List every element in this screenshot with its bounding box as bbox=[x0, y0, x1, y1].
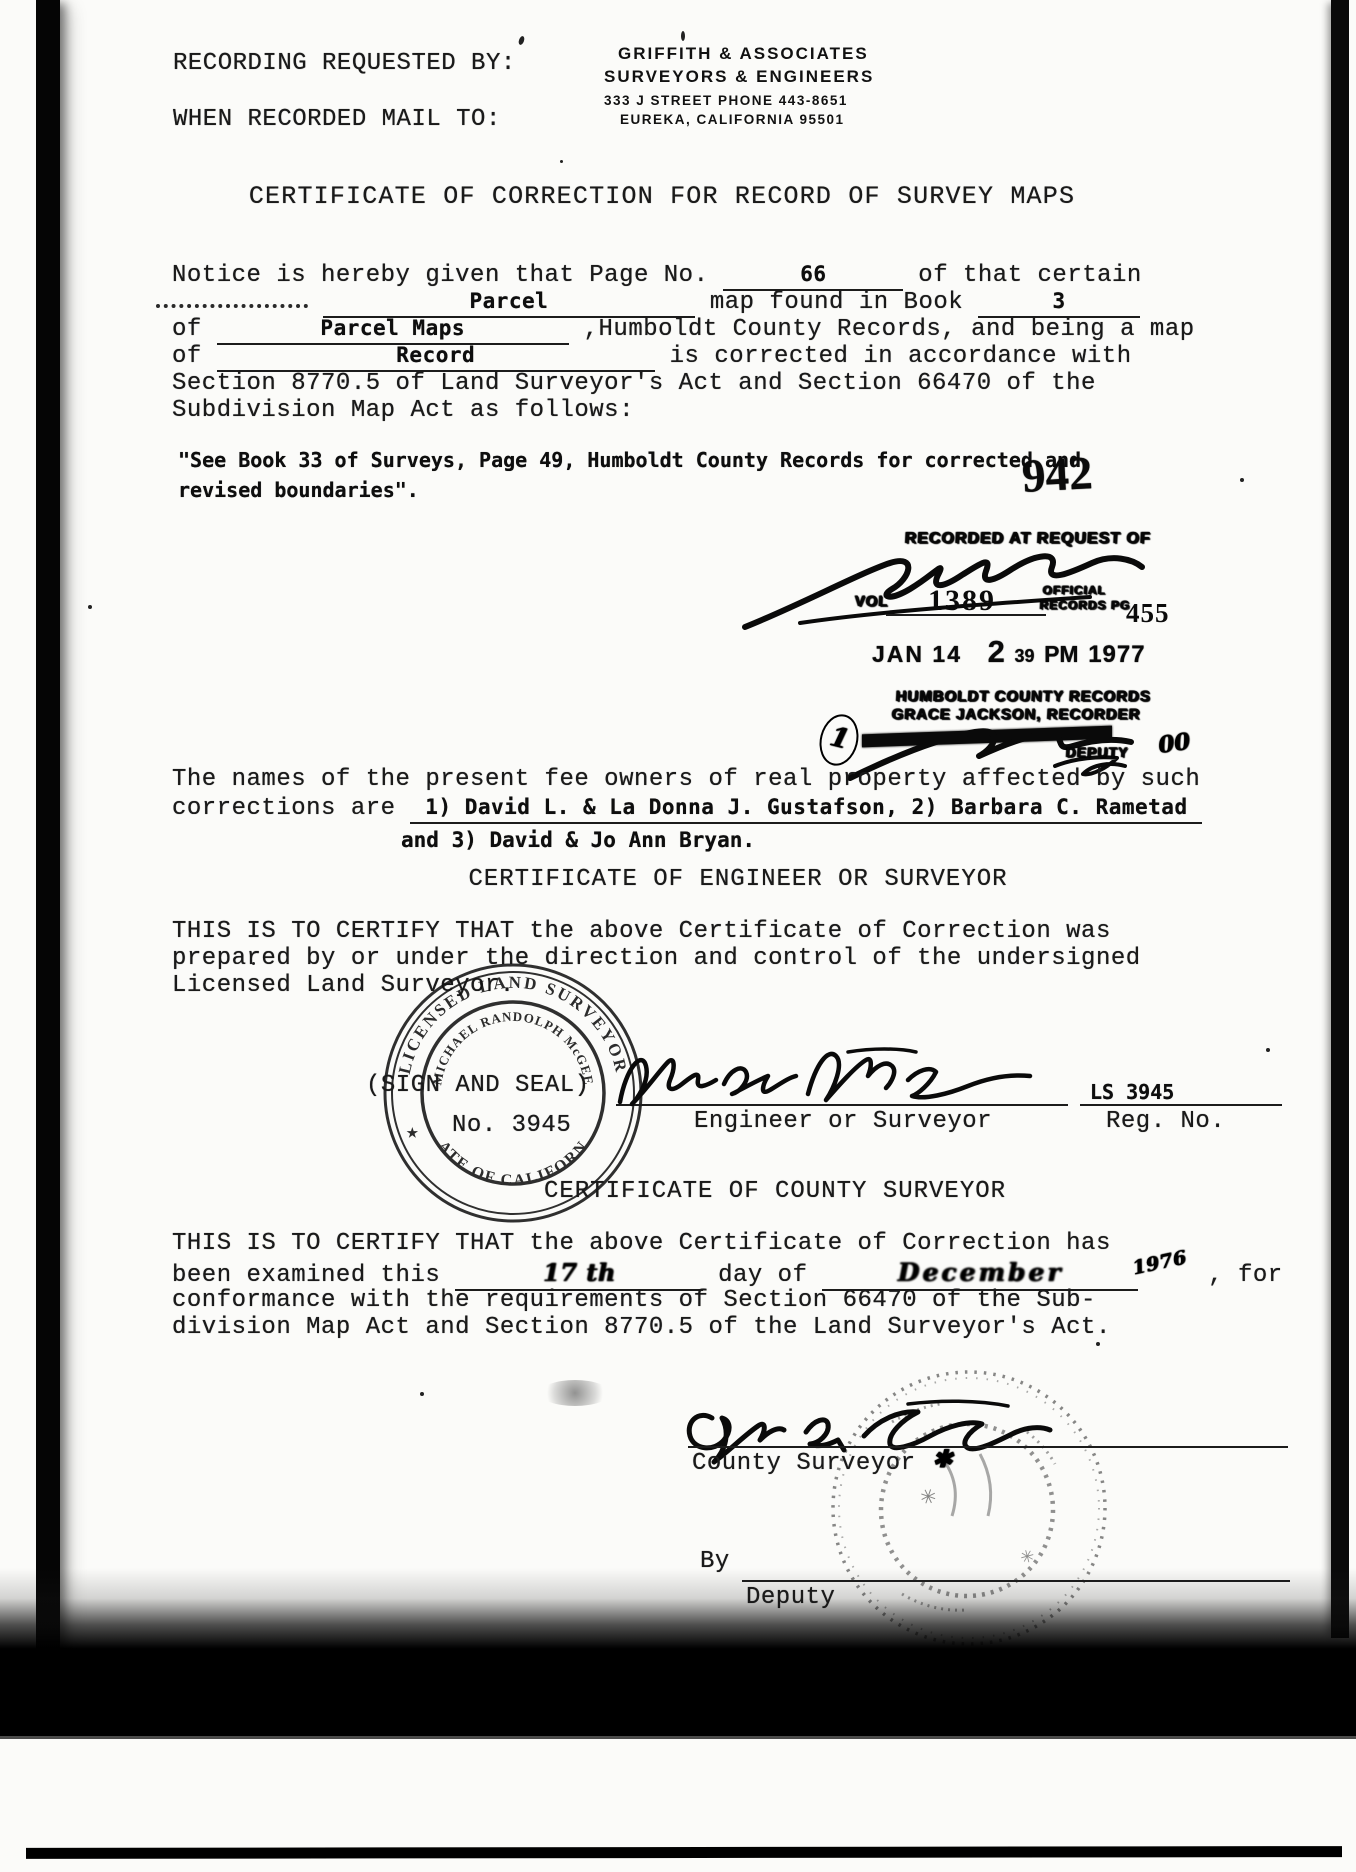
sign-and-seal-label: (SIGN AND SEAL) bbox=[366, 1072, 590, 1099]
scan-speck bbox=[560, 160, 563, 163]
seal-number-label: No. 3945 bbox=[452, 1112, 571, 1139]
county-surveyor-line bbox=[688, 1446, 1288, 1448]
notice-line3-post: ,Humboldt County Records, and being a ma… bbox=[584, 316, 1195, 343]
record-type-field: Record bbox=[217, 343, 655, 372]
notice-line6: Subdivision Map Act as follows: bbox=[172, 397, 634, 424]
page-number-stamp: 942 bbox=[1021, 446, 1094, 504]
scan-right-border bbox=[1331, 0, 1349, 1638]
svg-text:✳: ✳ bbox=[914, 1485, 941, 1510]
scan-speck bbox=[1240, 478, 1244, 482]
seal-outer-top-text: LICENSED LAND SURVEYOR bbox=[395, 973, 632, 1076]
notice-line1: Notice is hereby given that Page No. 66 … bbox=[172, 262, 1142, 291]
book-no-field: 3 bbox=[978, 289, 1140, 318]
notice-line4-post: is corrected in accordance with bbox=[670, 343, 1132, 370]
svg-text:✳: ✳ bbox=[1016, 1545, 1038, 1569]
page-no-field: 66 bbox=[723, 262, 903, 291]
owners-line2: corrections are 1) David L. & La Donna J… bbox=[172, 795, 1202, 824]
scan-speck bbox=[1096, 1342, 1100, 1346]
scan-bottom-strip bbox=[26, 1846, 1342, 1859]
letterhead-address: 333 J STREET PHONE 443-8651 bbox=[604, 93, 914, 108]
fee-notation: 00 bbox=[1156, 728, 1191, 759]
scanned-document-page: RECORDING REQUESTED BY: WHEN RECORDED MA… bbox=[0, 0, 1356, 1872]
notice-line4: of Record is corrected in accordance wit… bbox=[172, 343, 1132, 372]
hand-star-mark: ✱ bbox=[932, 1444, 952, 1473]
correction-quote-line2: revised boundaries". bbox=[178, 478, 419, 502]
letterhead-city: EUREKA, CALIFORNIA 95501 bbox=[620, 112, 914, 127]
records-pg-label: RECORDS PG bbox=[1040, 598, 1131, 612]
stamp-month-day: JAN 14 bbox=[872, 641, 962, 667]
letterhead-block: GRIFFITH & ASSOCIATES SURVEYORS & ENGINE… bbox=[604, 44, 914, 127]
letterhead-profession: SURVEYORS & ENGINEERS bbox=[604, 67, 914, 87]
county-cert-line2-pre: been examined this bbox=[172, 1262, 440, 1289]
owners-line2-pre: corrections are bbox=[172, 795, 396, 822]
scan-speck bbox=[252, 962, 255, 965]
stamp-hour: 2 bbox=[988, 634, 1005, 669]
official-label: OFFICIAL bbox=[1043, 583, 1107, 597]
document-title: CERTIFICATE OF CORRECTION FOR RECORD OF … bbox=[249, 182, 1075, 211]
county-cert-line1: THIS IS TO CERTIFY THAT the above Certif… bbox=[172, 1230, 1111, 1257]
recording-requested-label: RECORDING REQUESTED BY: bbox=[173, 50, 516, 77]
stamp-ampm: PM bbox=[1044, 641, 1079, 667]
notice-line5: Section 8770.5 of Land Surveyor's Act an… bbox=[172, 370, 1096, 397]
reg-no-label: Reg. No. bbox=[1106, 1108, 1225, 1135]
county-cert-line4: division Map Act and Section 8770.5 of t… bbox=[172, 1314, 1111, 1341]
seal-star-icon: ★ bbox=[406, 1122, 419, 1145]
vol-underline bbox=[886, 614, 1046, 616]
county-cert-heading: CERTIFICATE OF COUNTY SURVEYOR bbox=[544, 1178, 1006, 1205]
county-records-stamp: HUMBOLDT COUNTY RECORDS bbox=[896, 688, 1152, 705]
owner-names-field: 1) David L. & La Donna J. Gustafson, 2) … bbox=[410, 795, 1202, 824]
reg-no-value: LS 3945 bbox=[1090, 1080, 1174, 1104]
county-cert-line3: conformance with the requirements of Sec… bbox=[172, 1287, 1096, 1314]
county-cert-line2-mid: day of bbox=[718, 1262, 807, 1289]
scan-speck bbox=[518, 35, 526, 45]
when-recorded-label: WHEN RECORDED MAIL TO: bbox=[173, 106, 501, 133]
reg-no-line bbox=[1080, 1104, 1282, 1106]
owners-line1: The names of the present fee owners of r… bbox=[172, 766, 1200, 793]
book-type-field: Parcel Maps bbox=[217, 316, 569, 345]
scan-speck bbox=[681, 31, 685, 41]
year-handwritten: 1976 bbox=[1131, 1247, 1189, 1280]
notice-line3: of Parcel Maps ,Humboldt County Records,… bbox=[172, 316, 1195, 345]
notice-line1-pre: Notice is hereby given that Page No. bbox=[172, 262, 708, 289]
vol-number: 1389 bbox=[928, 584, 996, 618]
stamp-minute: 39 bbox=[1014, 646, 1034, 666]
scan-speck bbox=[420, 1392, 424, 1396]
scan-smudge-blob bbox=[540, 1380, 610, 1406]
county-cert-line2-post: , for bbox=[1208, 1262, 1283, 1289]
notice-line4-pre: of bbox=[172, 343, 202, 370]
scan-band-edge-line bbox=[0, 1736, 1356, 1739]
engineer-cert-line1: THIS IS TO CERTIFY THAT the above Certif… bbox=[172, 918, 1111, 945]
map-type-field: Parcel bbox=[323, 289, 695, 318]
date-received-stamp: JAN 14 2 39 PM 1977 bbox=[872, 634, 1146, 670]
notice-line1-post: of that certain bbox=[918, 262, 1142, 289]
scan-speck bbox=[1266, 1048, 1270, 1052]
scan-bottom-band bbox=[0, 1568, 1356, 1736]
county-surveyor-label: County Surveyor bbox=[692, 1450, 916, 1477]
page-value: 455 bbox=[1126, 598, 1170, 629]
stamp-year: 1977 bbox=[1088, 641, 1145, 668]
svg-text:LICENSED LAND SURVEYOR: LICENSED LAND SURVEYOR bbox=[395, 973, 632, 1076]
engineer-cert-heading: CERTIFICATE OF ENGINEER OR SURVEYOR bbox=[468, 866, 1007, 893]
notice-line2: Parcel map found in Book 3 bbox=[156, 289, 1140, 318]
vol-label: VOL bbox=[855, 593, 890, 610]
scan-left-border bbox=[36, 0, 60, 1692]
engineer-cert-line2: prepared by or under the direction and c… bbox=[172, 945, 1141, 972]
deputy-stamp-label: DEPUTY bbox=[1066, 744, 1130, 760]
dotted-leader bbox=[156, 290, 308, 308]
notice-line3-pre: of bbox=[172, 316, 202, 343]
correction-quote-line1: "See Book 33 of Surveys, Page 49, Humbol… bbox=[178, 448, 1081, 472]
owners-line3: and 3) David & Jo Ann Bryan. bbox=[401, 828, 755, 852]
scan-speck bbox=[88, 605, 92, 609]
engineer-signature bbox=[612, 1040, 1052, 1115]
letterhead-company: GRIFFITH & ASSOCIATES bbox=[618, 44, 914, 64]
notice-line2-text: map found in Book bbox=[710, 289, 963, 316]
